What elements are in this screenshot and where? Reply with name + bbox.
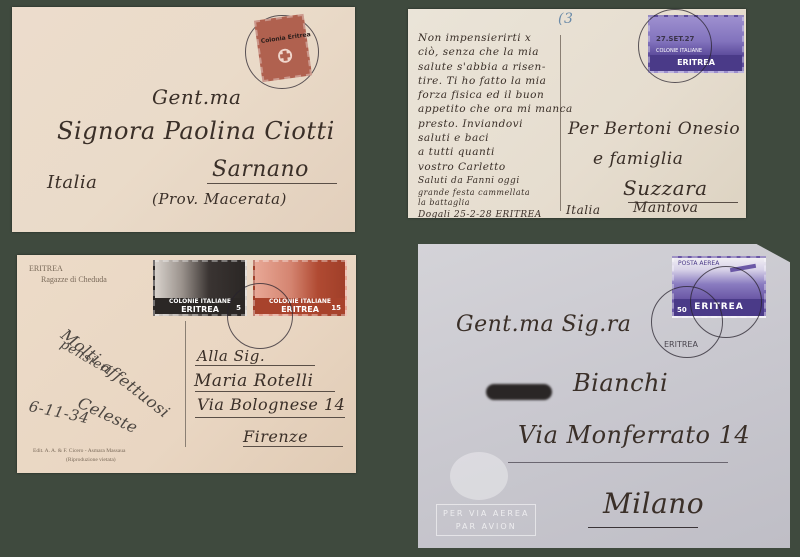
message-line: salute s'abbia a risen-	[418, 60, 568, 74]
postcard-savoy-stamp: Colonia Eritrea Gent.ma Signora Paolina …	[12, 7, 355, 232]
postmark-date: 27.SET.27	[656, 35, 694, 43]
underline	[195, 417, 345, 418]
address-salutation: Gent.ma	[152, 85, 241, 109]
message-line: tire. Ti ho fatto la mia	[418, 74, 568, 88]
underline	[195, 391, 335, 392]
address-province: Mantova	[633, 200, 699, 216]
airmail-emblem	[450, 452, 508, 500]
card-divider	[185, 321, 186, 447]
address-street: Via Bolognese 14	[197, 395, 345, 414]
message-line: grande festa cammellata	[418, 188, 568, 198]
address-country: Italia	[47, 172, 97, 193]
message-text: Non impensierirti x ciò, senza che la mi…	[418, 31, 568, 218]
airmail-label-line: PER VIA AEREA	[443, 507, 529, 520]
airmail-label-line: PAR AVION	[443, 520, 529, 533]
printed-footer: Edit. A. A. & F. Cicero - Asmara Massaua	[33, 448, 125, 454]
address-city: Milano	[603, 487, 704, 520]
address-country: Italia	[566, 203, 601, 217]
underline	[195, 365, 315, 366]
address-province: (Prov. Macerata)	[152, 190, 287, 208]
message-line: saluti e baci	[418, 131, 568, 145]
message-line: Non impensierirti x	[418, 31, 568, 45]
message-line: presto. Inviandovi	[418, 117, 568, 131]
postmark-circle	[227, 283, 293, 349]
stamp-value: 15	[331, 304, 341, 312]
address-salutation: Gent.ma Sig.ra	[456, 312, 631, 337]
address-name: Maria Rotelli	[194, 371, 313, 391]
address-street: Via Monferrato 14	[518, 421, 750, 449]
address-line2: e famiglia	[593, 149, 683, 169]
message-line: forza fisica ed il buon	[418, 88, 568, 102]
address-name: Per Bertoni Onesio	[568, 119, 740, 139]
printed-caption: Ragazze di Cheduda	[41, 275, 107, 284]
message-line: vostro Carletto	[418, 160, 568, 174]
postcard-eritrea-pictorial: ERITREA Ragazze di Cheduda COLONIE ITALI…	[17, 255, 356, 473]
postmark-text: ERITREA	[664, 340, 698, 349]
address-city: Suzzara	[623, 176, 708, 200]
address-line1: Alla Sig.	[197, 347, 265, 365]
postmark-circle	[690, 266, 762, 338]
stamp-top-line: POSTA AEREA	[678, 260, 719, 267]
airmail-label: PER VIA AEREA PAR AVION	[436, 504, 536, 536]
address-city: Firenze	[243, 427, 308, 446]
underline	[207, 183, 337, 184]
message-line: appetito che ora mi manca	[418, 102, 568, 116]
underline	[508, 462, 728, 463]
address-surname: Bianchi	[573, 369, 668, 397]
printed-footer-note: (Riproduzione vietata)	[66, 457, 116, 463]
message-line: Saluti da Fanni oggi	[418, 174, 568, 188]
message-line: ciò, senza che la mia	[418, 45, 568, 59]
postcard-message: (3 Non impensierirti x ciò, senza che la…	[408, 9, 746, 218]
savoy-cross-icon	[277, 48, 293, 64]
message-line: la battaglia	[418, 198, 568, 208]
pencil-mark: (3	[558, 11, 573, 27]
airmail-envelope: POSTA AEREA ERITREA 50 ERITREA Gent.ma S…	[418, 244, 790, 548]
printed-title: ERITREA	[29, 264, 63, 273]
address-name: Signora Paolina Ciotti	[57, 117, 335, 145]
stamp-savoy-cross: Colonia Eritrea	[254, 14, 312, 82]
address-city: Sarnano	[212, 157, 309, 182]
stamp-overprint: Colonia Eritrea	[260, 31, 311, 45]
redacted-name	[486, 384, 552, 400]
underline	[243, 446, 343, 447]
underline	[588, 527, 698, 528]
message-line: Dogali 25-2-28 ERITREA	[418, 208, 568, 218]
stamp-country: ERITREA	[181, 306, 219, 314]
message-line: a tutti quanti	[418, 145, 568, 159]
postmark-circle	[638, 9, 712, 83]
